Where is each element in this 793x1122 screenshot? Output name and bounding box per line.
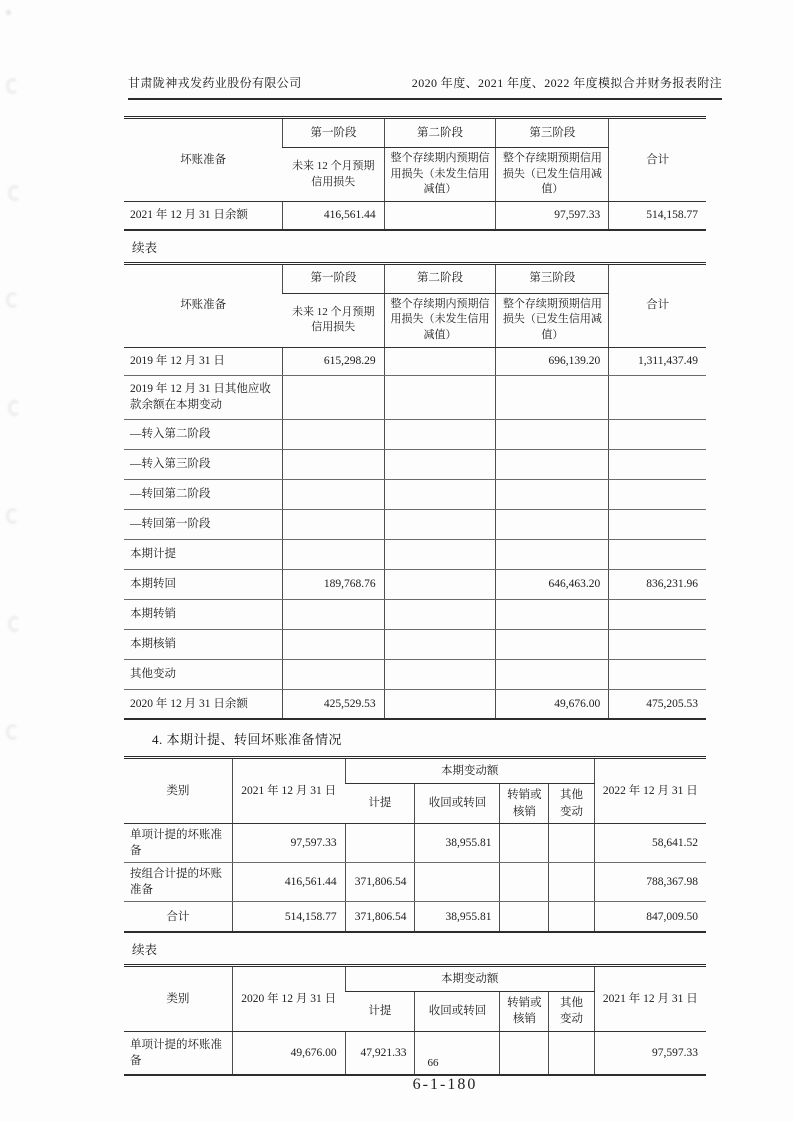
row-label: 2021 年 12 月 31 日余额 — [124, 202, 283, 230]
value-cell: 646,463.20 — [496, 569, 609, 599]
row-label-total: 合计 — [124, 902, 232, 932]
value-cell — [283, 419, 384, 449]
row-label: 按组合计提的坏账准备 — [124, 863, 232, 902]
value-cell — [283, 629, 384, 659]
scan-artifact — [6, 724, 19, 740]
value-cell — [500, 902, 549, 932]
value-cell — [384, 419, 496, 449]
value-cell — [384, 449, 496, 479]
row-label: 2020 年 12 月 31 日余额 — [124, 689, 283, 719]
value-cell: 371,806.54 — [345, 863, 415, 902]
value-cell — [283, 375, 384, 419]
column-header-category: 坏账准备 — [124, 263, 283, 347]
value-cell — [496, 479, 609, 509]
value-cell: 189,768.76 — [283, 569, 384, 599]
value-cell: 97,597.33 — [496, 202, 609, 230]
row-label: —转入第二阶段 — [124, 419, 283, 449]
column-header-stage3-desc: 整个存续期预期信用损失（已发生信用减值） — [496, 148, 609, 202]
value-cell: 38,955.81 — [415, 902, 500, 932]
continued-table-label: 续表 — [132, 238, 706, 256]
column-header-stage1-desc: 未来 12 个月预期信用损失 — [283, 293, 384, 347]
continued-table-label: 续表 — [132, 940, 706, 958]
table-row: —转回第一阶段 — [124, 509, 706, 539]
column-header-category: 类别 — [124, 758, 232, 824]
value-cell — [500, 863, 549, 902]
column-header-stage3: 第三阶段 — [496, 263, 609, 293]
row-label: 本期计提 — [124, 539, 283, 569]
value-cell — [283, 449, 384, 479]
value-cell — [609, 419, 706, 449]
table-row: 合计 514,158.77 371,806.54 38,955.81 847,0… — [124, 902, 706, 932]
column-header-stage2-desc: 整个存续期内预期信用损失（未发生信用减值） — [384, 148, 496, 202]
value-cell — [496, 659, 609, 689]
value-cell: 425,529.53 — [283, 689, 384, 719]
scan-artifact — [6, 292, 19, 308]
scan-artifact — [8, 185, 21, 201]
column-header-recover: 收回或转回 — [415, 991, 500, 1031]
document-header: 甘肃陇神戎发药业股份有限公司 2020 年度、2021 年度、2022 年度模拟… — [128, 74, 722, 100]
table-row: 其他变动 — [124, 659, 706, 689]
value-cell — [549, 863, 594, 902]
value-cell: 696,139.20 — [496, 347, 609, 375]
row-label: —转入第三阶段 — [124, 449, 283, 479]
row-label: 其他变动 — [124, 659, 283, 689]
column-header-writeoff: 转销或核销 — [500, 784, 549, 824]
bad-debt-stage-table-2021-balance: 坏账准备 第一阶段 第二阶段 第三阶段 合计 未来 12 个月预期信用损失 整个… — [124, 116, 706, 231]
value-cell — [384, 689, 496, 719]
scanned-document-page: 甘肃陇神戎发药业股份有限公司 2020 年度、2021 年度、2022 年度模拟… — [0, 0, 793, 1122]
scan-artifact — [6, 508, 19, 524]
value-cell — [283, 599, 384, 629]
value-cell — [283, 539, 384, 569]
value-cell — [496, 449, 609, 479]
value-cell — [384, 659, 496, 689]
row-label: —转回第一阶段 — [124, 509, 283, 539]
value-cell: 514,158.77 — [232, 902, 345, 932]
document-body: 坏账准备 第一阶段 第二阶段 第三阶段 合计 未来 12 个月预期信用损失 整个… — [124, 116, 706, 1076]
column-header-stage3-desc: 整个存续期预期信用损失（已发生信用减值） — [496, 293, 609, 347]
value-cell — [384, 347, 496, 375]
value-cell — [496, 375, 609, 419]
scan-artifact — [8, 616, 21, 632]
table-row: 2021 年 12 月 31 日余额 416,561.44 97,597.33 … — [124, 202, 706, 230]
row-label: —转回第二阶段 — [124, 479, 283, 509]
row-label: 单项计提的坏账准备 — [124, 824, 232, 863]
column-header-total: 合计 — [609, 263, 706, 347]
value-cell: 416,561.44 — [232, 863, 345, 902]
value-cell: 788,367.98 — [594, 863, 706, 902]
column-header-recover: 收回或转回 — [415, 784, 500, 824]
value-cell — [609, 599, 706, 629]
table-row: 按组合计提的坏账准备 416,561.44 371,806.54 788,367… — [124, 863, 706, 902]
column-header-stage1: 第一阶段 — [283, 118, 384, 148]
value-cell — [609, 629, 706, 659]
value-cell: 836,231.96 — [609, 569, 706, 599]
column-header-other: 其他变动 — [549, 991, 594, 1031]
value-cell — [609, 509, 706, 539]
value-cell: 1,311,437.49 — [609, 347, 706, 375]
section-heading: 4. 本期计提、转回坏账准备情况 — [152, 729, 706, 748]
column-header-begin-date: 2021 年 12 月 31 日 — [232, 758, 345, 824]
table-row: 本期计提 — [124, 539, 706, 569]
value-cell — [283, 479, 384, 509]
value-cell — [500, 824, 549, 863]
value-cell — [283, 659, 384, 689]
value-cell: 58,641.52 — [594, 824, 706, 863]
column-header-end-date: 2022 年 12 月 31 日 — [594, 758, 706, 824]
value-cell: 49,676.00 — [496, 689, 609, 719]
value-cell — [345, 824, 415, 863]
table-row: 2019 年 12 月 31 日 615,298.29 696,139.20 1… — [124, 347, 706, 375]
value-cell — [496, 509, 609, 539]
value-cell — [549, 824, 594, 863]
table-row: 坏账准备 第一阶段 第二阶段 第三阶段 合计 — [124, 118, 706, 148]
scan-artifact — [8, 400, 21, 416]
value-cell — [609, 449, 706, 479]
table-row: —转入第二阶段 — [124, 419, 706, 449]
value-cell — [384, 599, 496, 629]
doc-page-number: 6-1-180 — [154, 1076, 736, 1094]
column-header-category: 坏账准备 — [124, 118, 283, 202]
column-header-change-total: 本期变动额 — [345, 965, 594, 991]
value-cell: 514,158.77 — [609, 202, 706, 230]
value-cell: 97,597.33 — [232, 824, 345, 863]
row-label: 本期转销 — [124, 599, 283, 629]
table-row: 本期转销 — [124, 599, 706, 629]
scan-artifact — [6, 10, 11, 15]
column-header-begin-date: 2020 年 12 月 31 日 — [232, 965, 345, 1031]
value-cell — [384, 629, 496, 659]
value-cell — [609, 479, 706, 509]
value-cell — [384, 479, 496, 509]
column-header-stage3: 第三阶段 — [496, 118, 609, 148]
column-header-stage2-desc: 整个存续期内预期信用损失（未发生信用减值） — [384, 293, 496, 347]
report-title: 2020 年度、2021 年度、2022 年度模拟合并财务报表附注 — [412, 74, 722, 91]
column-header-stage1: 第一阶段 — [283, 263, 384, 293]
value-cell: 475,205.53 — [609, 689, 706, 719]
value-cell — [384, 569, 496, 599]
value-cell — [496, 419, 609, 449]
table-row: 坏账准备 第一阶段 第二阶段 第三阶段 合计 — [124, 263, 706, 293]
value-cell — [283, 509, 384, 539]
column-header-change-total: 本期变动额 — [345, 758, 594, 784]
value-cell — [496, 539, 609, 569]
value-cell — [384, 509, 496, 539]
column-header-other: 其他变动 — [549, 784, 594, 824]
table-row: 单项计提的坏账准备 97,597.33 38,955.81 58,641.52 — [124, 824, 706, 863]
column-header-category: 类别 — [124, 965, 232, 1031]
table-row: 类别 2021 年 12 月 31 日 本期变动额 2022 年 12 月 31… — [124, 758, 706, 784]
value-cell: 416,561.44 — [283, 202, 384, 230]
column-header-end-date: 2021 年 12 月 31 日 — [594, 965, 706, 1031]
value-cell — [384, 202, 496, 230]
value-cell — [496, 629, 609, 659]
row-label: 2019 年 12 月 31 日 — [124, 347, 283, 375]
column-header-stage1-desc: 未来 12 个月预期信用损失 — [283, 148, 384, 202]
table-row: —转回第二阶段 — [124, 479, 706, 509]
value-cell — [609, 659, 706, 689]
value-cell — [609, 539, 706, 569]
column-header-accrue: 计提 — [345, 784, 415, 824]
table-row: 2019 年 12 月 31 日其他应收款余额在本期变动 — [124, 375, 706, 419]
table-row: —转入第三阶段 — [124, 449, 706, 479]
column-header-stage2: 第二阶段 — [384, 118, 496, 148]
company-name: 甘肃陇神戎发药业股份有限公司 — [128, 74, 302, 91]
value-cell: 847,009.50 — [594, 902, 706, 932]
value-cell — [415, 863, 500, 902]
table-row: 本期转回 189,768.76 646,463.20 836,231.96 — [124, 569, 706, 599]
value-cell — [609, 375, 706, 419]
value-cell — [384, 539, 496, 569]
table-row: 2020 年 12 月 31 日余额 425,529.53 49,676.00 … — [124, 689, 706, 719]
table-row: 类别 2020 年 12 月 31 日 本期变动额 2021 年 12 月 31… — [124, 965, 706, 991]
bad-debt-stage-table-2020-movement: 坏账准备 第一阶段 第二阶段 第三阶段 合计 未来 12 个月预期信用损失 整个… — [124, 262, 706, 721]
value-cell — [549, 902, 594, 932]
value-cell: 38,955.81 — [415, 824, 500, 863]
row-label: 本期核销 — [124, 629, 283, 659]
value-cell — [384, 375, 496, 419]
accrual-reversal-table-2022: 类别 2021 年 12 月 31 日 本期变动额 2022 年 12 月 31… — [124, 756, 706, 933]
value-cell: 615,298.29 — [283, 347, 384, 375]
page-number: 66 — [142, 1057, 724, 1069]
column-header-total: 合计 — [609, 118, 706, 202]
column-header-writeoff: 转销或核销 — [500, 991, 549, 1031]
row-label: 本期转回 — [124, 569, 283, 599]
column-header-stage2: 第二阶段 — [384, 263, 496, 293]
value-cell: 371,806.54 — [345, 902, 415, 932]
scan-artifact — [6, 78, 19, 94]
value-cell — [496, 599, 609, 629]
row-label: 2019 年 12 月 31 日其他应收款余额在本期变动 — [124, 375, 283, 419]
column-header-accrue: 计提 — [345, 991, 415, 1031]
table-row: 本期核销 — [124, 629, 706, 659]
